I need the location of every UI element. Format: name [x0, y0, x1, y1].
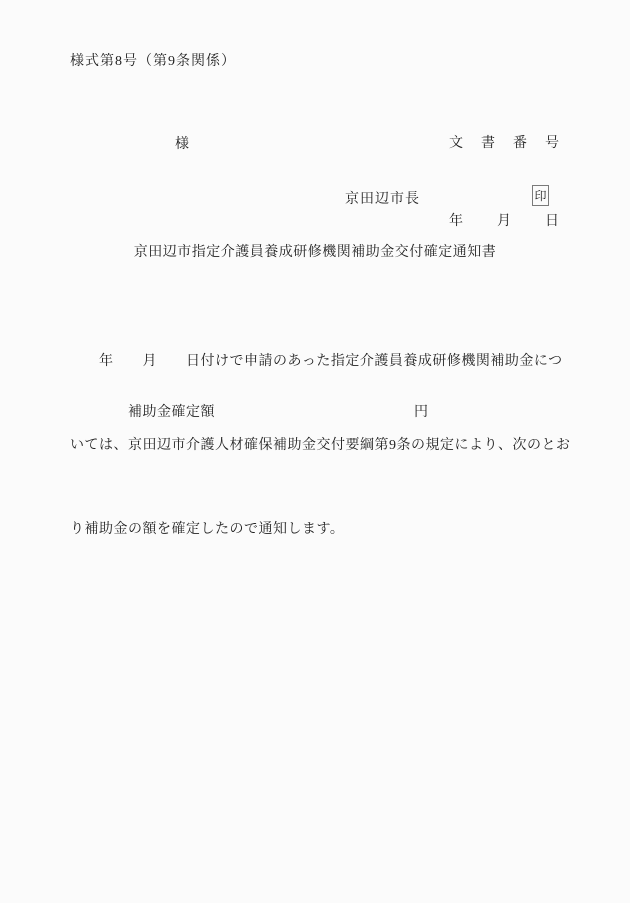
body-line-3: り補助金の額を確定したので通知します。	[70, 516, 570, 544]
body-line-1: 年 月 日付けで申請のあった指定介護員養成研修機関補助金につ	[70, 348, 570, 376]
date-placeholder: 年 月 日	[449, 209, 561, 235]
amount-unit: 円	[414, 401, 428, 421]
amount-row: 補助金確定額 円	[0, 401, 630, 421]
seal-label: 印	[534, 187, 546, 204]
seal-box: 印	[532, 185, 549, 206]
amount-label: 補助金確定額	[128, 401, 215, 421]
document-title: 京田辺市指定介護員養成研修機関補助金交付確定通知書	[0, 241, 630, 261]
doc-number-placeholder: 文 書 番 号	[449, 131, 561, 157]
addressee-honorific: 様	[175, 133, 189, 153]
body-paragraph: 年 月 日付けで申請のあった指定介護員養成研修機関補助金につ いては、京田辺市介…	[70, 292, 570, 600]
sender-title: 京田辺市長	[345, 188, 420, 208]
document-page: 様式第8号（第9条関係） 文 書 番 号 年 月 日 様 京田辺市長 印 京田辺…	[0, 0, 630, 903]
body-line-2: いては、京田辺市介護人材確保補助金交付要綱第9条の規定により、次のとお	[70, 432, 570, 460]
form-number: 様式第8号（第9条関係）	[70, 50, 236, 70]
